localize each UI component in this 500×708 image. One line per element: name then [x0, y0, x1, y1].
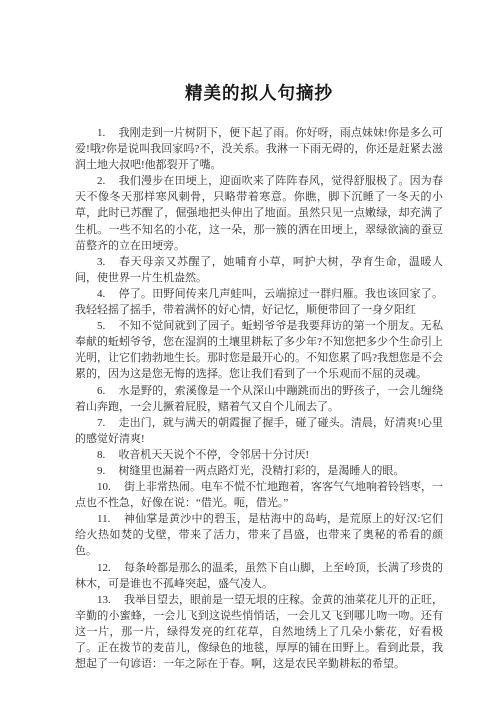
paragraph: 9.树缝里也漏着一两点路灯光，没精打彩的，是渴睡人的眼。: [75, 463, 443, 479]
paragraph-text: 走出门，就与满天的朝霞握了握手，碰了碰头。清晨，好清爽!心里的感觉好清爽!: [75, 417, 443, 445]
paragraph: 6.水是野的，索溪像是一个从深山中蹦跳而出的野孩子，一会儿缠绕着山奔跑，一会儿撅…: [75, 383, 443, 415]
paragraph-number: 2.: [97, 175, 105, 187]
paragraph: 4.停了。田野间传来几声蛙叫，云端掠过一群归雁。我也该回家了。我轻轻摇了摇手，带…: [75, 286, 443, 318]
paragraph-number: 5.: [97, 320, 105, 332]
paragraph-text: 树缝里也漏着一两点路灯光，没精打彩的，是渴睡人的眼。: [118, 465, 404, 477]
paragraph: 3.春天母亲又苏醒了，她哺育小草，呵护大树，孕育生命，温暖人间，使世界一片生机盎…: [75, 254, 443, 286]
paragraph-text: 不知不觉间就到了园子。蚯蚓爷爷是我要拜访的第一个朋友。无私奉献的蚯蚓爷爷，您在湿…: [75, 320, 443, 380]
paragraph: 11.神仙掌是黄沙中的碧玉，是枯海中的岛屿，是荒原上的好汉:它们给火热如焚的戈壁…: [75, 511, 443, 559]
paragraph-text: 每条岭都是那么的温柔，虽然下自山脚，上至岭顶，长满了珍贵的林木，可是谁也不孤峰突…: [75, 562, 443, 590]
paragraph: 10.街上非常热闹。电车不慌不忙地跑着，客客气气地响着铃铛枣，一点也不性急，好像…: [75, 479, 443, 511]
paragraph-text: 水是野的，索溪像是一个从深山中蹦跳而出的野孩子，一会儿缠绕着山奔跑，一会儿撅着屁…: [75, 385, 443, 413]
page-title: 精美的拟人句摘抄: [75, 0, 443, 125]
paragraph: 12.每条岭都是那么的温柔，虽然下自山脚，上至岭顶，长满了珍贵的林木，可是谁也不…: [75, 560, 443, 592]
paragraph-number: 9.: [97, 465, 105, 477]
paragraph: 13.我举目望去，眼前是一望无垠的庄稼。金黄的油菜花儿开的正旺，辛勤的小蜜蜂，一…: [75, 592, 443, 672]
paragraph: 7.走出门，就与满天的朝霞握了握手，碰了碰头。清晨，好清爽!心里的感觉好清爽!: [75, 415, 443, 447]
paragraph-text: 我们漫步在田埂上，迎面吹来了阵阵春风，觉得舒服极了。因为春天不像冬天那样寒风刺骨…: [75, 175, 443, 251]
paragraph-number: 4.: [97, 288, 105, 300]
paragraph-text: 我刚走到一片树阴下，便下起了雨。你好呀，雨点妹妹!你是多么可爱!哦?你是说叫我回…: [75, 127, 443, 171]
paragraph-number: 3.: [97, 256, 105, 268]
paragraph-number: 12.: [97, 562, 111, 574]
paragraph-text: 神仙掌是黄沙中的碧玉，是枯海中的岛屿，是荒原上的好汉:它们给火热如焚的戈壁，带来…: [75, 513, 443, 557]
paragraph-number: 1.: [97, 127, 105, 139]
paragraph-number: 7.: [97, 417, 105, 429]
paragraph-text: 我举目望去，眼前是一望无垠的庄稼。金黄的油菜花儿开的正旺，辛勤的小蜜蜂，一会儿飞…: [75, 594, 443, 670]
paragraph: 2.我们漫步在田埂上，迎面吹来了阵阵春风，觉得舒服极了。因为春天不像冬天那样寒风…: [75, 173, 443, 253]
paragraph-number: 8.: [97, 449, 105, 461]
paragraph-number: 6.: [97, 385, 105, 397]
paragraph-text: 收音机天天说个不停，令邻居十分讨厌!: [118, 449, 309, 461]
paragraph: 5.不知不觉间就到了园子。蚯蚓爷爷是我要拜访的第一个朋友。无私奉献的蚯蚓爷爷，您…: [75, 318, 443, 382]
paragraph-number: 10.: [97, 481, 111, 493]
paragraph: 8.收音机天天说个不停，令邻居十分讨厌!: [75, 447, 443, 463]
paragraph-number: 13.: [97, 594, 111, 606]
paragraph-list: 1.我刚走到一片树阴下，便下起了雨。你好呀，雨点妹妹!你是多么可爱!哦?你是说叫…: [75, 125, 443, 672]
paragraph-text: 停了。田野间传来几声蛙叫，云端掠过一群归雁。我也该回家了。我轻轻摇了摇手，带着满…: [75, 288, 443, 316]
paragraph-text: 街上非常热闹。电车不慌不忙地跑着，客客气气地响着铃铛枣，一点也不性急，好像在说：…: [75, 481, 443, 509]
paragraph-text: 春天母亲又苏醒了，她哺育小草，呵护大树，孕育生命，温暖人间，使世界一片生机盎然。: [75, 256, 443, 284]
paragraph-number: 11.: [97, 513, 110, 525]
document-page: 精美的拟人句摘抄 1.我刚走到一片树阴下，便下起了雨。你好呀，雨点妹妹!你是多么…: [0, 0, 500, 708]
paragraph: 1.我刚走到一片树阴下，便下起了雨。你好呀，雨点妹妹!你是多么可爱!哦?你是说叫…: [75, 125, 443, 173]
